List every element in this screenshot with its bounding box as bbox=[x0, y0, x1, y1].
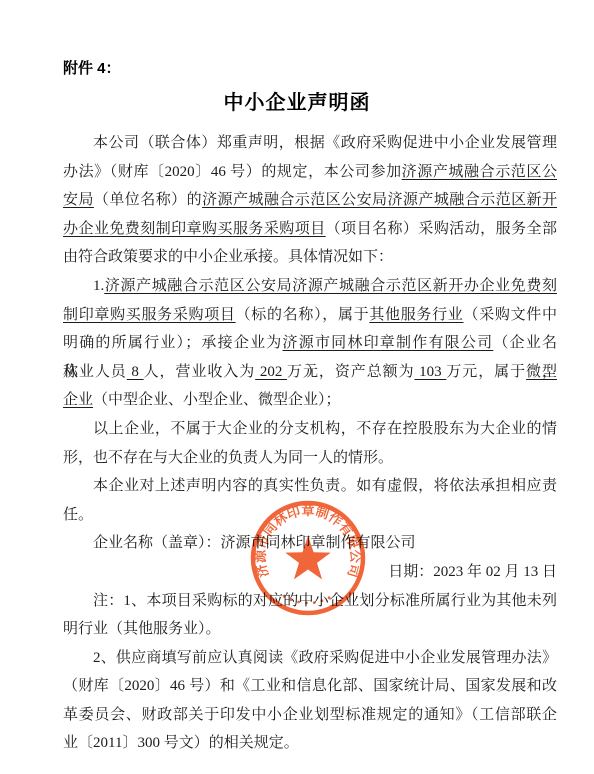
text-line: 本公司（联合体）郑重声明，根据《政府采购促进中小企业发展管理 bbox=[63, 129, 557, 158]
text-line: 任。 bbox=[63, 501, 557, 530]
filled-in-field: 济源产城融合示范区公 bbox=[402, 164, 557, 180]
text-segment: 革委员会、财政部关于印发中小企业划型标准规定的通知》（工信部联企 bbox=[63, 707, 557, 723]
text-segment: 日期：2023 年 02 月 13 日 bbox=[388, 564, 557, 580]
text-segment: 任。 bbox=[63, 507, 93, 523]
text-line: 企业名称（盖章）：济源市同林印章制作有限公司 bbox=[63, 529, 557, 558]
text-line: 注：1、本项目采购标的对应的中小企业划分标准所属行业为其他未列 bbox=[63, 587, 557, 616]
text-line: 企业（中型企业、小型企业、微型企业）； bbox=[63, 386, 557, 415]
text-segment: 注：1、本项目采购标的对应的中小企业划分标准所属行业为其他未列 bbox=[93, 593, 557, 609]
text-segment: 办法》（财库〔2020〕46 号）的规定，本公司参加 bbox=[63, 164, 402, 180]
text-segment: 本企业对上述声明内容的真实性负责。如有虚假，将依法承担相应责 bbox=[93, 478, 557, 494]
filled-in-field: 制印章购买服务采购项目 bbox=[63, 307, 236, 323]
filled-in-field: 企业 bbox=[63, 392, 93, 408]
text-line: 办企业免费刻制印章购买服务采购项目（项目名称）采购活动，服务全部 bbox=[63, 215, 557, 244]
text-segment: 从业人员 bbox=[63, 364, 127, 380]
document-page: 附件 4： 中小企业声明函 本公司（联合体）郑重声明，根据《政府采购促进中小企业… bbox=[0, 0, 594, 774]
text-segment: 明确的所属行业）；承接企业为 bbox=[63, 335, 283, 351]
filled-in-field: 其他服务行业 bbox=[369, 307, 463, 323]
text-segment: 形，也不存在与大企业的负责人为同一人的情形。 bbox=[63, 450, 393, 466]
text-line: 革委员会、财政部关于印发中小企业划型标准规定的通知》（工信部联企 bbox=[63, 701, 557, 730]
text-line: 制印章购买服务采购项目（标的名称），属于其他服务行业（采购文件中 bbox=[63, 301, 557, 330]
text-segment: 以上企业，不属于大企业的分支机构，不存在控股股东为大企业的情 bbox=[93, 421, 557, 437]
text-segment: 2、供应商填写前应认真阅读《政府采购促进中小企业发展管理办法》 bbox=[93, 650, 557, 666]
text-line: 2、供应商填写前应认真阅读《政府采购促进中小企业发展管理办法》 bbox=[63, 644, 557, 673]
text-segment: （单位名称）的 bbox=[94, 192, 202, 208]
text-segment: 业〔2011〕300 号文）的相关规定。 bbox=[63, 735, 299, 751]
text-segment: （中型企业、小型企业、微型企业）； bbox=[93, 392, 341, 408]
filled-in-field: 济源市同林印章制作有限公司 bbox=[283, 335, 494, 351]
page-title: 中小企业声明函 bbox=[0, 86, 594, 115]
text-segment: 万元，资产总额为 bbox=[287, 364, 414, 380]
text-segment: 人，营业收入为 bbox=[144, 364, 256, 380]
filled-in-field: 安局 bbox=[63, 192, 94, 208]
text-line: （财库〔2020〕46 号）和《工业和信息化部、国家统计局、国家发展和改 bbox=[63, 672, 557, 701]
document-body: 本公司（联合体）郑重声明，根据《政府采购促进中小企业发展管理办法》（财库〔202… bbox=[63, 129, 557, 758]
filled-in-field: 济源产城融合示范区公安局济源产城融合示范区新开办企业免费刻 bbox=[104, 278, 557, 294]
text-line: 以上企业，不属于大企业的分支机构，不存在控股股东为大企业的情 bbox=[63, 415, 557, 444]
text-segment: 1. bbox=[93, 278, 104, 294]
text-segment: （标的名称），属于 bbox=[236, 307, 370, 323]
text-segment: （财库〔2020〕46 号）和《工业和信息化部、国家统计局、国家发展和改 bbox=[63, 678, 557, 694]
filled-in-field: 8 bbox=[127, 364, 144, 380]
filled-in-field: 202 bbox=[255, 364, 287, 380]
text-segment: 明行业（其他服务业）。 bbox=[63, 621, 221, 637]
filled-in-field: 微型 bbox=[526, 364, 557, 380]
text-line: 本企业对上述声明内容的真实性负责。如有虚假，将依法承担相应责 bbox=[63, 472, 557, 501]
text-line: 业〔2011〕300 号文）的相关规定。 bbox=[63, 729, 557, 758]
text-line: 由符合政策要求的中小企业承接。具体情况如下： bbox=[63, 243, 557, 272]
text-line: 从业人员 8 人，营业收入为 202 万元，资产总额为 103 万元，属于微型 bbox=[63, 358, 557, 387]
filled-in-field: 办企业免费刻制印章购买服务采购项目 bbox=[63, 221, 326, 237]
text-segment: 本公司（联合体）郑重声明，根据《政府采购促进中小企业发展管理 bbox=[93, 135, 557, 151]
text-line: 明确的所属行业）；承接企业为济源市同林印章制作有限公司（企业名称）， bbox=[63, 329, 557, 358]
text-segment: 万元，属于 bbox=[446, 364, 526, 380]
text-line: 1.济源产城融合示范区公安局济源产城融合示范区新开办企业免费刻 bbox=[63, 272, 557, 301]
text-line: 办法》（财库〔2020〕46 号）的规定，本公司参加济源产城融合示范区公 bbox=[63, 158, 557, 187]
text-line: 形，也不存在与大企业的负责人为同一人的情形。 bbox=[63, 444, 557, 473]
text-line: 安局（单位名称）的济源产城融合示范区公安局济源产城融合示范区新开 bbox=[63, 186, 557, 215]
text-segment: 由符合政策要求的中小企业承接。具体情况如下： bbox=[63, 249, 393, 265]
text-line: 日期：2023 年 02 月 13 日 bbox=[63, 558, 557, 587]
filled-in-field: 济源产城融合示范区公安局济源产城融合示范区新开 bbox=[202, 192, 557, 208]
filled-in-field: 103 bbox=[415, 364, 447, 380]
text-segment: 企业名称（盖章）：济源市同林印章制作有限公司 bbox=[93, 535, 416, 551]
attachment-label: 附件 4： bbox=[63, 57, 121, 78]
text-segment: （采购文件中 bbox=[464, 307, 557, 323]
text-line: 明行业（其他服务业）。 bbox=[63, 615, 557, 644]
text-segment: （项目名称）采购活动，服务全部 bbox=[326, 221, 557, 237]
